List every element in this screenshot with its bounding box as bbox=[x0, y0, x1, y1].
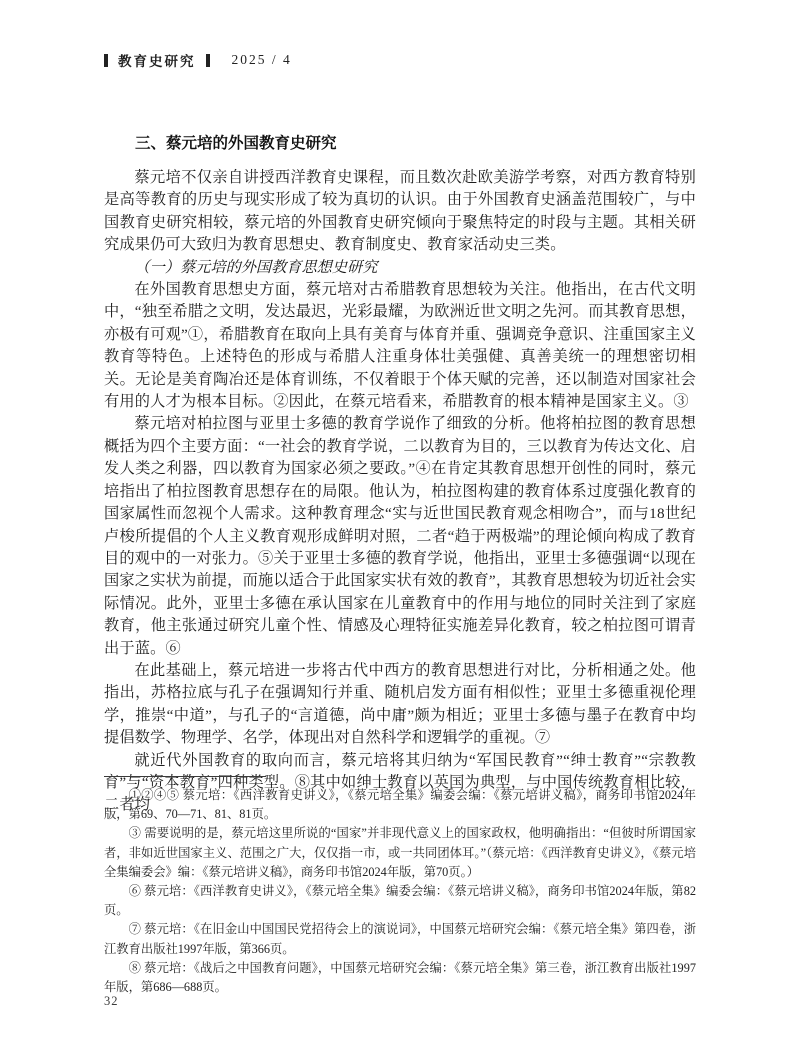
footnote-separator bbox=[104, 776, 266, 777]
section-title: 三、蔡元培的外国教育史研究 bbox=[104, 131, 696, 153]
journal-name: 教育史研究 bbox=[118, 50, 196, 70]
page-number: 32 bbox=[104, 994, 119, 1009]
footnote: ⑦ 蔡元培：《在旧金山中国国民党招待会上的演说词》，中国蔡元培研究会编：《蔡元培… bbox=[104, 920, 696, 958]
footnote: ③ 需要说明的是，蔡元培这里所说的“国家”并非现代意义上的国家政权，他明确指出：… bbox=[104, 824, 696, 882]
issue-number: 2025 / 4 bbox=[232, 52, 292, 68]
paragraph: 蔡元培不仅亲自讲授西洋教育史课程，而且数次赴欧美游学考察，对西方教育特别是高等教… bbox=[104, 167, 696, 257]
footnote: ①②④⑤ 蔡元培：《西洋教育史讲义》，《蔡元培全集》编委会编：《蔡元培讲义稿》，… bbox=[104, 786, 696, 824]
subsection-heading: （一）蔡元培的外国教育思想史研究 bbox=[104, 257, 696, 279]
journal-page: 教育史研究 2025 / 4 三、蔡元培的外国教育史研究 蔡元培不仅亲自讲授西洋… bbox=[0, 0, 800, 1059]
article-body: 三、蔡元培的外国教育史研究 蔡元培不仅亲自讲授西洋教育史课程，而且数次赴欧美游学… bbox=[104, 131, 696, 817]
page-header: 教育史研究 2025 / 4 bbox=[104, 50, 292, 70]
footnote: ⑥ 蔡元培：《西洋教育史讲义》，《蔡元培全集》编委会编：《蔡元培讲义稿》，商务印… bbox=[104, 882, 696, 920]
header-bar-icon bbox=[104, 54, 108, 67]
header-bar-icon bbox=[206, 54, 210, 67]
footnote-section: ①②④⑤ 蔡元培：《西洋教育史讲义》，《蔡元培全集》编委会编：《蔡元培讲义稿》，… bbox=[104, 776, 696, 997]
footnote: ⑧ 蔡元培：《战后之中国教育问题》，中国蔡元培研究会编：《蔡元培全集》第三卷，浙… bbox=[104, 959, 696, 997]
paragraph: 在外国教育思想史方面，蔡元培对古希腊教育思想较为关注。他指出，在古代文明中，“独… bbox=[104, 279, 696, 413]
paragraph: 蔡元培对柏拉图与亚里士多德的教育学说作了细致的分析。他将柏拉图的教育思想概括为四… bbox=[104, 413, 696, 659]
paragraph: 在此基础上，蔡元培进一步将古代中西方的教育思想进行对比，分析相通之处。他指出，苏… bbox=[104, 660, 696, 750]
